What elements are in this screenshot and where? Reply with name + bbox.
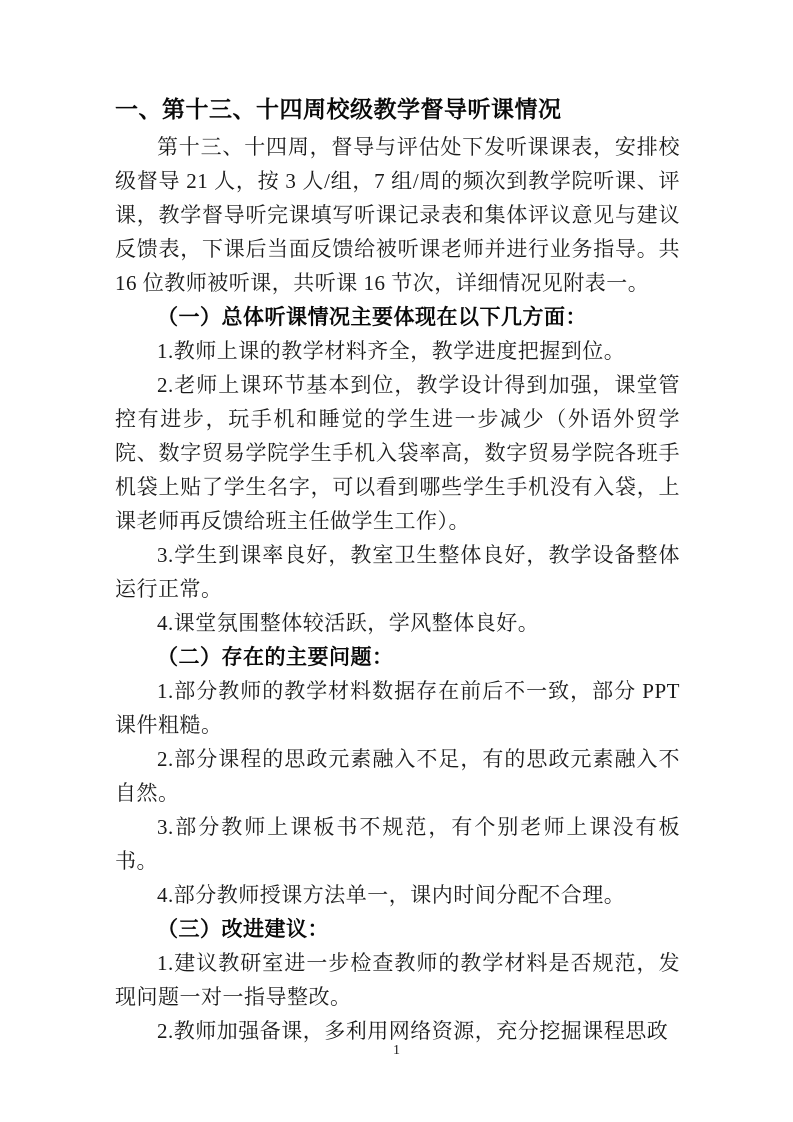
section-1-item-2: 2.老师上课环节基本到位，教学设计得到加强，课堂管控有进步，玩手机和睡觉的学生进… [115,368,680,538]
intro-paragraph: 第十三、十四周，督导与评估处下发听课课表，安排校级督导 21 人，按 3 人/组… [115,130,680,300]
section-2-title: （二）存在的主要问题： [115,640,680,674]
section-2-item-3: 3.部分教师上课板书不规范，有个别老师上课没有板书。 [115,810,680,878]
document-page: 一、第十三、十四周校级教学督导听课情况 第十三、十四周，督导与评估处下发听课课表… [0,0,793,1122]
section-2-item-4: 4.部分教师授课方法单一，课内时间分配不合理。 [115,878,680,912]
section-2-item-1: 1.部分教师的教学材料数据存在前后不一致，部分 PPT 课件粗糙。 [115,674,680,742]
section-3-item-1: 1.建议教研室进一步检查教师的教学材料是否规范，发现问题一对一指导整改。 [115,946,680,1014]
section-1-item-3: 3.学生到课率良好，教室卫生整体良好，教学设备整体运行正常。 [115,538,680,606]
document-heading: 一、第十三、十四周校级教学督导听课情况 [115,92,680,127]
section-1-item-4: 4.课堂氛围整体较活跃，学风整体良好。 [115,606,680,640]
section-2-item-2: 2.部分课程的思政元素融入不足，有的思政元素融入不自然。 [115,742,680,810]
section-1-item-1: 1.教师上课的教学材料齐全，教学进度把握到位。 [115,334,680,368]
document-content: 一、第十三、十四周校级教学督导听课情况 第十三、十四周，督导与评估处下发听课课表… [115,92,680,1048]
section-3-title: （三）改进建议： [115,912,680,946]
page-number: 1 [0,1043,793,1059]
section-1-title: （一）总体听课情况主要体现在以下几方面： [115,300,680,334]
